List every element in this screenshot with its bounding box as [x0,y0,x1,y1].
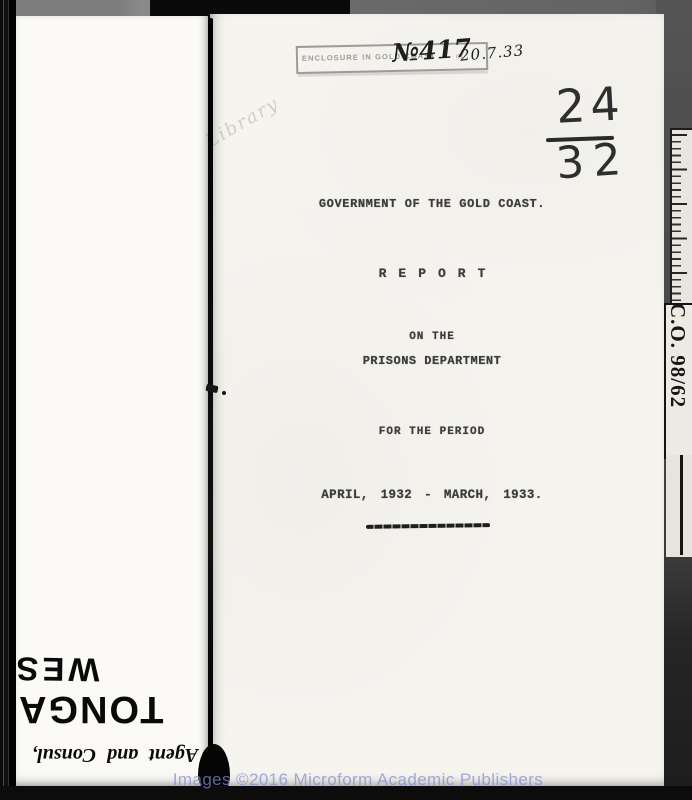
archive-reference-text: C.O. 98/62 [665,303,690,408]
government-title: GOVERNMENT OF THE GOLD COAST. [212,197,652,211]
archive-reference-label: C.O. 98/62 [664,303,692,459]
inverted-text-tonga: TONGA, [16,687,164,730]
film-edge-strip [0,0,16,800]
for-period-label: FOR THE PERIOD [212,426,652,438]
publisher-watermark: Images ©2016 Microform Academic Publishe… [118,770,598,790]
date-range: APRIL, 1932 - MARCH, 1933. [212,488,652,502]
measuring-ruler [670,128,692,308]
report-heading: REPORT [212,266,652,281]
inverted-text-agent-consul: Agent and Consul, [16,743,208,766]
on-the-label: ON THE [212,331,652,343]
left-facing-page: WES TONGA, Agent and Consul, [16,16,208,786]
staple-mark [222,391,226,395]
right-margin-frame-line [680,455,683,555]
typed-title-block: GOVERNMENT OF THE GOLD COAST. REPORT ON … [212,0,652,600]
microfilm-scan: WES TONGA, Agent and Consul, ENCLOSURE I… [0,0,692,800]
inverted-text-west: WES [16,649,126,689]
department-label: PRISONS DEPARTMENT [212,354,652,368]
right-margin-strip [666,455,692,557]
